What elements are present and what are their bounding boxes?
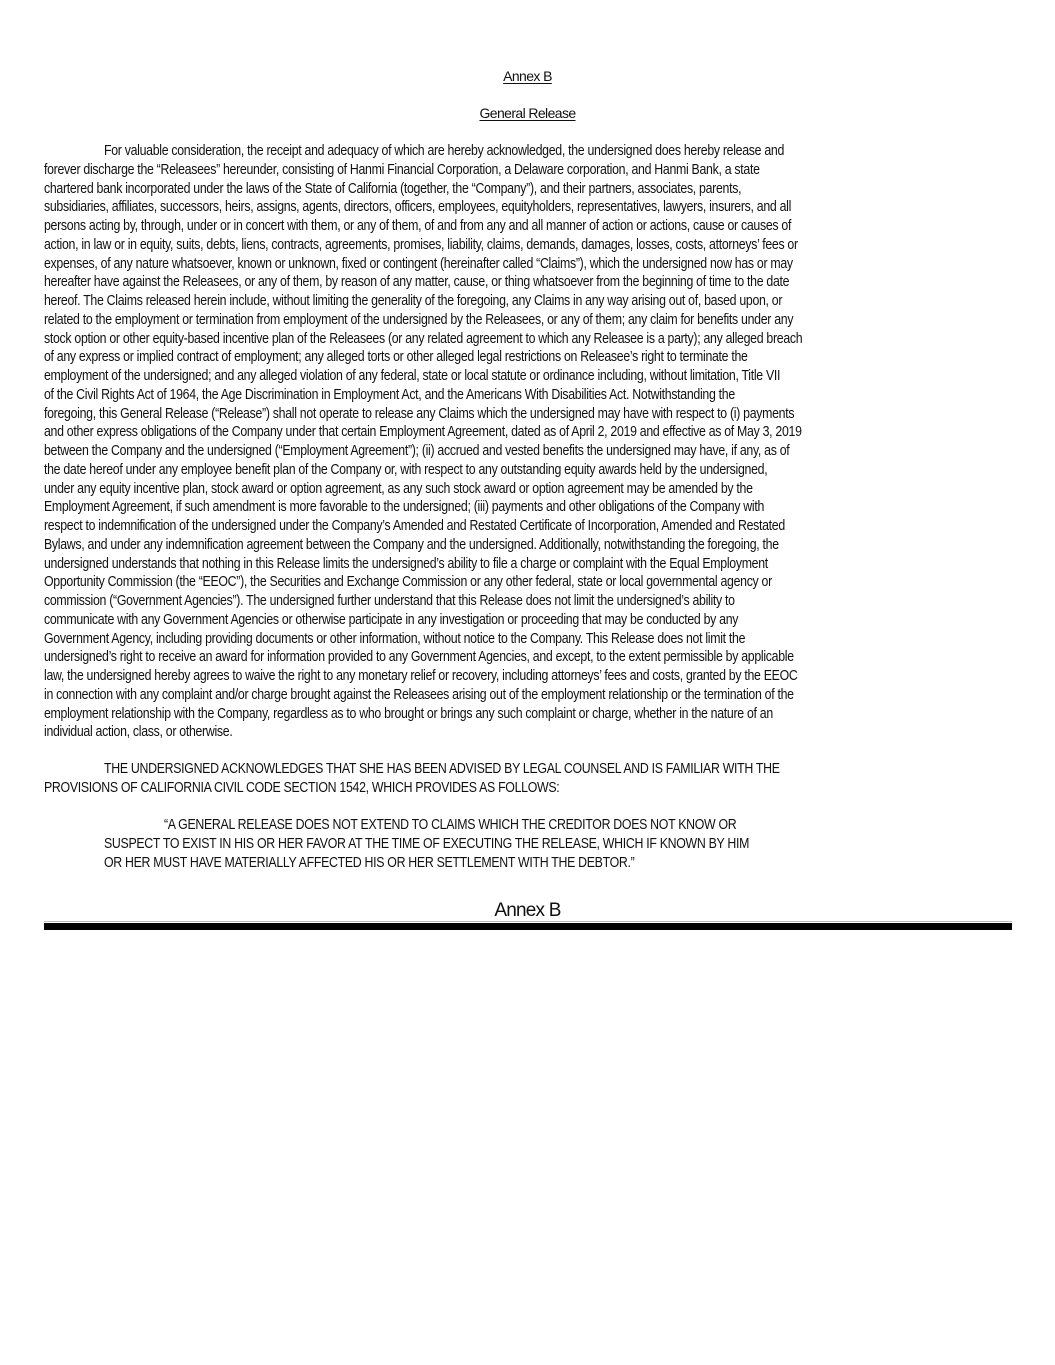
text-line: foregoing, this General Release (“Releas… [44,405,1012,424]
release-title-text: General Release [479,105,575,121]
text-line: of any express or implied contract of em… [44,348,1012,367]
text-line: hereafter have against the Releasees, or… [44,273,1012,292]
text-line: forever discharge the “Releasees” hereun… [44,161,1012,180]
text-line: communicate with any Government Agencies… [44,611,1012,630]
document-page: Annex B General Release For valuable con… [0,0,1055,1365]
text-line: expenses, of any nature whatsoever, know… [44,255,1012,274]
text-line: OR HER MUST HAVE MATERIALLY AFFECTED HIS… [104,854,978,873]
text-line: commission (“Government Agencies”). The … [44,592,1012,611]
civil-code-quote: “A GENERAL RELEASE DOES NOT EXTEND TO CL… [104,816,978,872]
release-paragraph-1: For valuable consideration, the receipt … [44,142,1012,742]
text-line: Government Agency, including providing d… [44,630,1012,649]
text-line: Employment Agreement, if such amendment … [44,498,1012,517]
text-line: Opportunity Commission (the “EEOC”), the… [44,573,1012,592]
annex-heading: Annex B [0,68,1055,84]
text-line: and other express obligations of the Com… [44,423,1012,442]
text-line: employment relationship with the Company… [44,705,1012,724]
text-line: “A GENERAL RELEASE DOES NOT EXTEND TO CL… [104,816,978,835]
text-line: of the Civil Rights Act of 1964, the Age… [44,386,1012,405]
text-line: PROVISIONS OF CALIFORNIA CIVIL CODE SECT… [44,779,1012,798]
text-line: persons acting by, through, under or in … [44,217,1012,236]
text-line: Bylaws, and under any indemnification ag… [44,536,1012,555]
text-line: SUSPECT TO EXIST IN HIS OR HER FAVOR AT … [104,835,978,854]
text-line: undersigned understands that nothing in … [44,555,1012,574]
acknowledgement-paragraph: THE UNDERSIGNED ACKNOWLEDGES THAT SHE HA… [44,760,1012,798]
text-line: chartered bank incorporated under the la… [44,180,1012,199]
release-title: General Release [0,105,1055,121]
footer-annex-label: Annex B [0,900,1055,922]
annex-heading-text: Annex B [503,68,552,84]
footer-divider [44,923,1012,930]
text-line: in connection with any complaint and/or … [44,686,1012,705]
text-line: action, in law or in equity, suits, debt… [44,236,1012,255]
text-line: employment of the undersigned; and any a… [44,367,1012,386]
text-line: THE UNDERSIGNED ACKNOWLEDGES THAT SHE HA… [44,760,1012,779]
text-line: individual action, class, or otherwise. [44,723,1012,742]
text-line: hereof. The Claims released herein inclu… [44,292,1012,311]
footer-divider-thin [44,921,1012,922]
text-line: under any equity incentive plan, stock a… [44,480,1012,499]
text-line: between the Company and the undersigned … [44,442,1012,461]
text-line: subsidiaries, affiliates, successors, he… [44,198,1012,217]
text-line: respect to indemnification of the unders… [44,517,1012,536]
text-line: the date hereof under any employee benef… [44,461,1012,480]
text-line: undersigned’s right to receive an award … [44,648,1012,667]
text-line: related to the employment or termination… [44,311,1012,330]
text-line: stock option or other equity-based incen… [44,330,1012,349]
text-line: For valuable consideration, the receipt … [44,142,1012,161]
text-line: law, the undersigned hereby agrees to wa… [44,667,1012,686]
